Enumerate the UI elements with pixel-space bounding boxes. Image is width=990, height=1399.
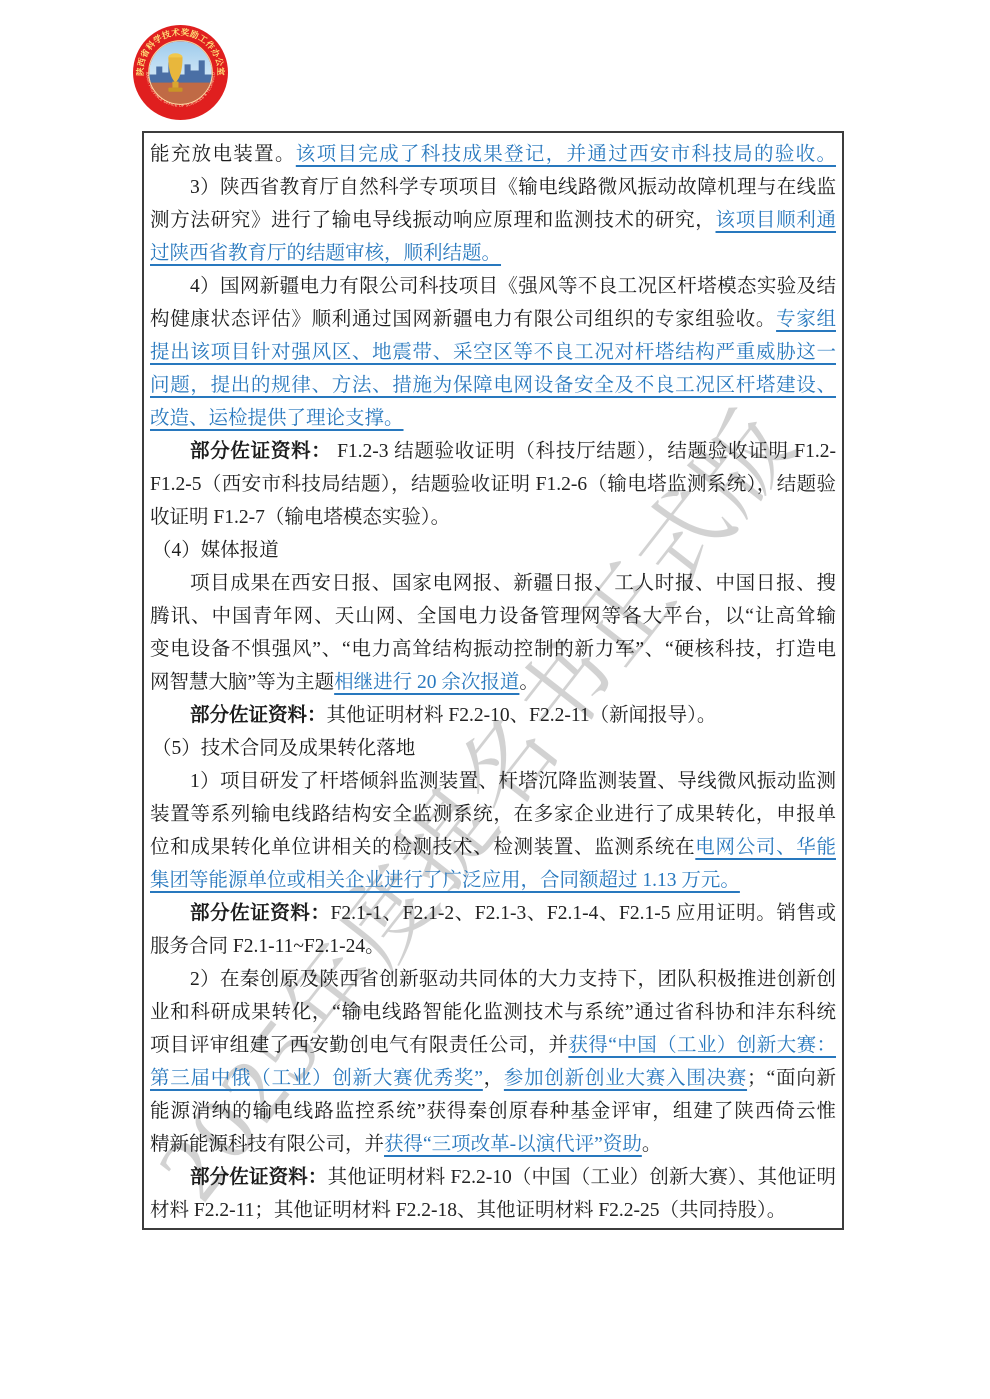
text-segment: 能源消纳的输电线路监控系统”获得秦创原春种基金评审，组建了陕西倚云惟: [150, 1101, 836, 1122]
text-line: 网智慧大脑”等为主题相继进行 20 余次报道。: [150, 666, 836, 699]
text-segment: 部分佐证资料：: [190, 1167, 328, 1188]
text-line: 项目评审组建了西安勤创电气有限责任公司，并获得“中国（工业）创新大赛：: [150, 1029, 836, 1062]
text-segment: 腾讯、中国青年网、天山网、全国电力设备管理网等各大平台，以“让高耸输: [150, 606, 836, 627]
text-segment: 部分佐证资料：: [190, 441, 332, 462]
text-segment: （5）技术合同及成果转化落地: [152, 738, 415, 759]
text-segment: 。: [519, 672, 539, 693]
link-text: 电网公司、华能: [695, 837, 836, 858]
link-text: 该项目顺利通: [716, 210, 836, 231]
text-line: 能源消纳的输电线路监控系统”获得秦创原春种基金评审，组建了陕西倚云惟: [150, 1095, 836, 1128]
text-line: 装置等系列输电线路结构安全监测系统，在多家企业进行了成果转化，申报单: [150, 798, 836, 831]
text-line: 业和科研成果转化，“输电线路智能化监测技术与系统”通过省科协和沣东科统: [150, 996, 836, 1029]
text-line: 项目成果在西安日报、国家电网报、新疆日报、工人时报、中国日报、搜狐、: [150, 567, 836, 600]
text-segment: 精新能源科技有限公司，并: [150, 1134, 384, 1155]
text-segment: 服务合同 F2.1-11~F2.1-24。: [150, 936, 385, 957]
text-segment: 装置等系列输电线路结构安全监测系统，在多家企业进行了成果转化，申报单: [150, 804, 836, 825]
text-segment: 4）国网新疆电力有限公司科技项目《强风等不良工况区杆塔模态实验及结: [190, 276, 836, 297]
text-line: （4）媒体报道: [150, 534, 836, 567]
text-line: 改造、运检提供了理论支撑。: [150, 402, 836, 435]
text-line: 变电设备不惧强风”、“电力高耸结构振动控制的新力军”、“硬核科技，打造电: [150, 633, 836, 666]
text-line: 材料 F2.2-11；其他证明材料 F2.2-18、其他证明材料 F2.2-25…: [150, 1194, 836, 1227]
text-segment: 业和科研成果转化，“输电线路智能化监测技术与系统”通过省科协和沣东科统: [150, 1002, 836, 1023]
text-line: 集团等能源单位或相关企业进行了广泛应用，合同额超过 1.13 万元。: [150, 864, 836, 897]
document-body: 能充放电装置。该项目完成了科技成果登记，并通过西安市科技局的验收。3）陕西省教育…: [150, 138, 836, 1223]
text-line: 腾讯、中国青年网、天山网、全国电力设备管理网等各大平台，以“让高耸输: [150, 600, 836, 633]
text-segment: 。: [642, 1134, 662, 1155]
link-text: 专家组: [776, 309, 836, 330]
text-line: 收证明 F1.2-7（输电塔模态实验）。: [150, 501, 836, 534]
text-segment: ，: [483, 1068, 504, 1089]
text-line: 部分佐证资料：其他证明材料 F2.2-10、F2.2-11（新闻报导）。: [150, 699, 836, 732]
text-segment: 位和成果转化单位讲相关的检测技术、检测装置、监测系统在: [150, 837, 695, 858]
text-line: 提出该项目针对强风区、地震带、采空区等不良工况对杆塔结构严重威胁这一: [150, 336, 836, 369]
text-line: 位和成果转化单位讲相关的检测技术、检测装置、监测系统在电网公司、华能: [150, 831, 836, 864]
text-segment: 3）陕西省教育厅自然科学专项项目《输电线路微风振动故障机理与在线监: [190, 177, 836, 198]
text-line: 部分佐证资料：其他证明材料 F2.2-10（中国（工业）创新大赛）、其他证明: [150, 1161, 836, 1194]
text-segment: 材料 F2.2-11；其他证明材料 F2.2-18、其他证明材料 F2.2-25…: [150, 1200, 786, 1221]
text-segment: ；“面向新: [747, 1068, 836, 1089]
link-text: 提出该项目针对强风区、地震带、采空区等不良工况对杆塔结构严重威胁这一: [150, 342, 836, 363]
link-text: 集团等能源单位或相关企业进行了广泛应用，合同额超过 1.13 万元。: [150, 870, 740, 891]
content-box: 能充放电装置。该项目完成了科技成果登记，并通过西安市科技局的验收。3）陕西省教育…: [142, 131, 844, 1230]
text-line: 3）陕西省教育厅自然科学专项项目《输电线路微风振动故障机理与在线监: [150, 171, 836, 204]
text-segment: F1.2-5（西安市科技局结题），结题验收证明 F1.2-6（输电塔监测系统），…: [150, 474, 836, 495]
text-segment: 收证明 F1.2-7（输电塔模态实验）。: [150, 507, 450, 528]
link-text: 第三届中俄（工业）创新大赛优秀奖”: [150, 1068, 483, 1089]
text-segment: F2.1-1、F2.1-2、F2.1-3、F2.1-4、F2.1-5 应用证明。…: [331, 903, 836, 924]
text-segment: 1）项目研发了杆塔倾斜监测装置、杆塔沉降监测装置、导线微风振动监测: [190, 771, 836, 792]
text-segment: 构健康状态评估》顺利通过国网新疆电力有限公司组织的专家组验收。: [150, 309, 776, 330]
link-text: 过陕西省教育厅的结题审核，顺利结题。: [150, 243, 501, 264]
text-line: （5）技术合同及成果转化落地: [150, 732, 836, 765]
org-seal-logo: 陕西省科学技术奖励工作办公室 SHAANXI PROVINCE OFFICE O…: [132, 24, 229, 121]
link-text: 获得“中国（工业）创新大赛：: [568, 1035, 836, 1056]
text-line: 第三届中俄（工业）创新大赛优秀奖”，参加创新创业大赛入围决赛；“面向新: [150, 1062, 836, 1095]
text-segment: 项目成果在西安日报、国家电网报、新疆日报、工人时报、中国日报、搜狐、: [150, 573, 836, 600]
link-text: 相继进行 20 余次报道: [334, 672, 519, 693]
text-line: 精新能源科技有限公司，并获得“三项改革-以演代评”资助。: [150, 1128, 836, 1161]
document-page: 2025年度提名书正式版 陕西省科学技术奖励工作办公室: [0, 0, 990, 1399]
text-segment: 项目评审组建了西安勤创电气有限责任公司，并: [150, 1035, 568, 1056]
text-segment: （4）媒体报道: [152, 540, 279, 561]
text-segment: 2）在秦创原及陕西省创新驱动共同体的大力支持下，团队积极推进创新创: [190, 969, 836, 990]
text-segment: 网智慧大脑”等为主题: [150, 672, 334, 693]
link-text: 问题，提出的规律、方法、措施为保障电网设备安全及不良工况区杆塔建设、: [150, 375, 836, 396]
text-segment: 部分佐证资料：: [190, 903, 331, 924]
text-line: 构健康状态评估》顺利通过国网新疆电力有限公司组织的专家组验收。专家组: [150, 303, 836, 336]
text-line: 4）国网新疆电力有限公司科技项目《强风等不良工况区杆塔模态实验及结: [150, 270, 836, 303]
text-segment: 其他证明材料 F2.2-10（中国（工业）创新大赛）、其他证明: [328, 1167, 836, 1188]
text-line: 部分佐证资料： F1.2-3 结题验收证明（科技厅结题），结题验收证明 F1.2…: [150, 435, 836, 468]
text-line: F1.2-5（西安市科技局结题），结题验收证明 F1.2-6（输电塔监测系统），…: [150, 468, 836, 501]
text-line: 1）项目研发了杆塔倾斜监测装置、杆塔沉降监测装置、导线微风振动监测: [150, 765, 836, 798]
link-text: 参加创新创业大赛入围决赛: [504, 1068, 747, 1089]
text-segment: 变电设备不惧强风”、“电力高耸结构振动控制的新力军”、“硬核科技，打造电: [150, 639, 836, 660]
text-segment: 能充放电装置。: [150, 144, 296, 165]
text-segment: 部分佐证资料：: [190, 705, 327, 726]
text-segment: 其他证明材料 F2.2-10、F2.2-11（新闻报导）。: [327, 705, 717, 726]
text-line: 部分佐证资料：F2.1-1、F2.1-2、F2.1-3、F2.1-4、F2.1-…: [150, 897, 836, 930]
text-line: 测方法研究》进行了输电导线振动响应原理和监测技术的研究，该项目顺利通: [150, 204, 836, 237]
text-line: 能充放电装置。该项目完成了科技成果登记，并通过西安市科技局的验收。: [150, 138, 836, 171]
link-text: 改造、运检提供了理论支撑。: [150, 408, 404, 429]
link-text: 该项目完成了科技成果登记，并通过西安市科技局的验收。: [296, 144, 836, 165]
text-line: 2）在秦创原及陕西省创新驱动共同体的大力支持下，团队积极推进创新创: [150, 963, 836, 996]
text-line: 过陕西省教育厅的结题审核，顺利结题。: [150, 237, 836, 270]
text-segment: 测方法研究》进行了输电导线振动响应原理和监测技术的研究，: [150, 210, 716, 231]
text-line: 问题，提出的规律、方法、措施为保障电网设备安全及不良工况区杆塔建设、: [150, 369, 836, 402]
text-line: 服务合同 F2.1-11~F2.1-24。: [150, 930, 836, 963]
link-text: 获得“三项改革-以演代评”资助: [384, 1134, 642, 1155]
